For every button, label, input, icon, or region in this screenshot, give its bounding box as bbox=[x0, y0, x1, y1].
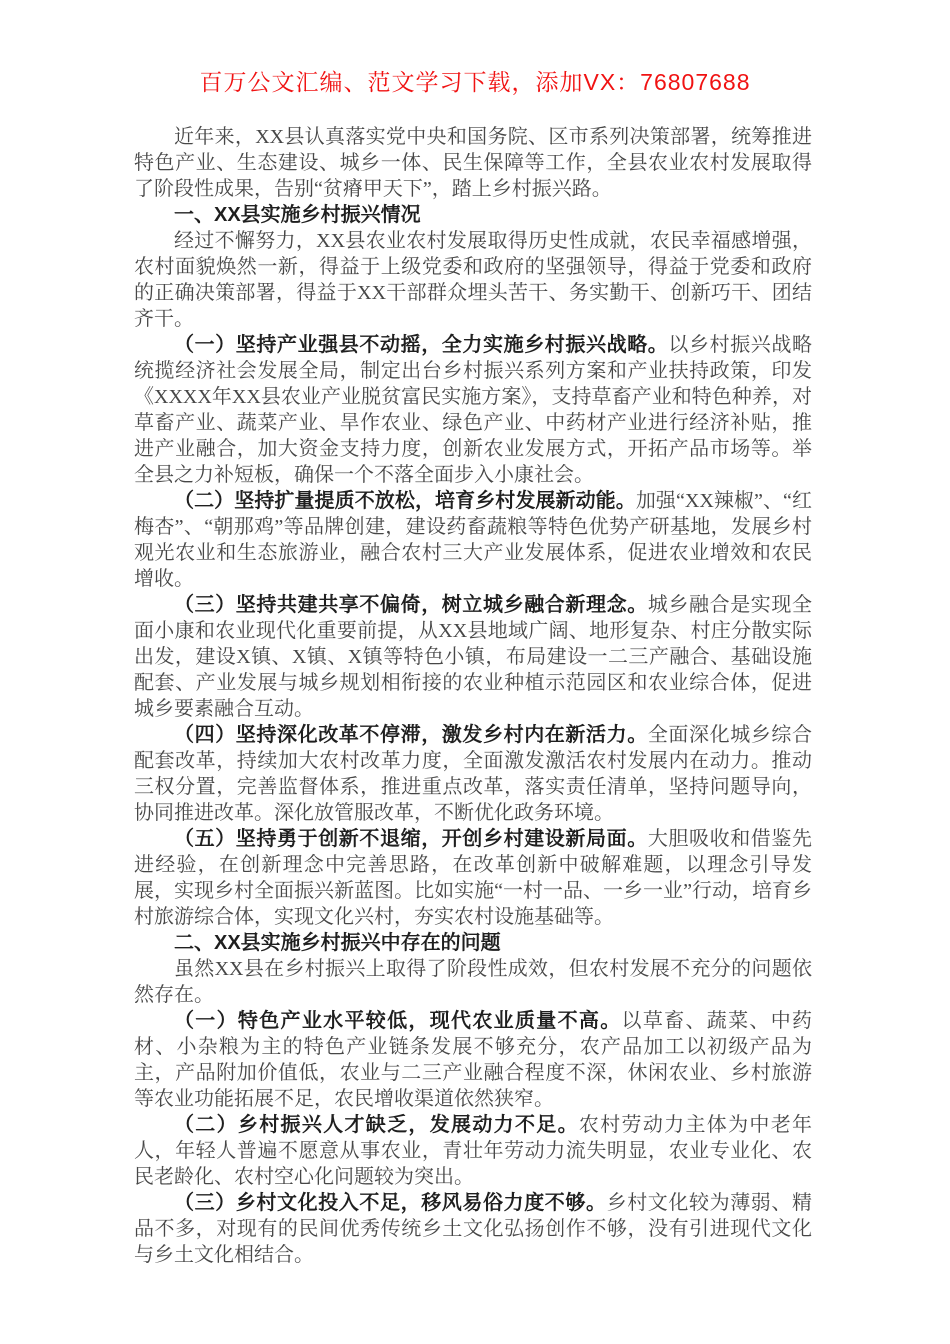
paragraph-bold-lead: （二）坚持扩量提质不放松，培育乡村发展新动能。 bbox=[174, 490, 636, 512]
paragraph-bold-lead: （三）坚持共建共享不偏倚，树立城乡融合新理念。 bbox=[174, 594, 648, 616]
paragraph-bold-lead: （二）乡村振兴人才缺乏，发展动力不足。 bbox=[174, 1114, 579, 1136]
paragraph: 经过不懈努力，XX县农业农村发展取得历史性成就，农民幸福感增强，农村面貌焕然一新… bbox=[134, 228, 812, 332]
paragraph-with-lead: （四）坚持深化改革不停滞，激发乡村内在新活力。全面深化城乡综合配套改革，持续加大… bbox=[134, 722, 812, 826]
promo-header-text: 百万公文汇编、范文学习下载，添加VX：76807688 bbox=[0, 66, 950, 98]
paragraph-bold-lead: （四）坚持深化改革不停滞，激发乡村内在新活力。 bbox=[174, 724, 648, 746]
paragraph-bold-lead: （五）坚持勇于创新不退缩，开创乡村建设新局面。 bbox=[174, 828, 648, 850]
paragraph-with-lead: （二）乡村振兴人才缺乏，发展动力不足。农村劳动力主体为中老年人，年轻人普遍不愿意… bbox=[134, 1112, 812, 1190]
paragraph-with-lead: （三）坚持共建共享不偏倚，树立城乡融合新理念。城乡融合是实现全面小康和农业现代化… bbox=[134, 592, 812, 722]
section-heading-1: 一、XX县实施乡村振兴情况 bbox=[134, 202, 812, 228]
paragraph-text: 以乡村振兴战略统揽经济社会发展全局，制定出台乡村振兴系列方案和产业扶持政策，印发… bbox=[134, 334, 812, 486]
paragraph-with-lead: （二）坚持扩量提质不放松，培育乡村发展新动能。加强“XX辣椒”、“红梅杏”、“朝… bbox=[134, 488, 812, 592]
intro-paragraph: 近年来，XX县认真落实党中央和国务院、区市系列决策部署，统筹推进特色产业、生态建… bbox=[134, 124, 812, 202]
document-body: 近年来，XX县认真落实党中央和国务院、区市系列决策部署，统筹推进特色产业、生态建… bbox=[134, 124, 812, 1268]
paragraph-with-lead: （一）坚持产业强县不动摇，全力实施乡村振兴战略。以乡村振兴战略统揽经济社会发展全… bbox=[134, 332, 812, 488]
paragraph-with-lead: （三）乡村文化投入不足，移风易俗力度不够。乡村文化较为薄弱、精品不多，对现有的民… bbox=[134, 1190, 812, 1268]
paragraph-with-lead: （五）坚持勇于创新不退缩，开创乡村建设新局面。大胆吸收和借鉴先进经验，在创新理念… bbox=[134, 826, 812, 930]
document-page: 百万公文汇编、范文学习下载，添加VX：76807688 近年来，XX县认真落实党… bbox=[0, 0, 950, 1344]
paragraph-bold-lead: （一）特色产业水平较低，现代农业质量不高。 bbox=[174, 1010, 622, 1032]
paragraph-with-lead: （一）特色产业水平较低，现代农业质量不高。以草畜、蔬菜、中药材、小杂粮为主的特色… bbox=[134, 1008, 812, 1112]
paragraph: 虽然XX县在乡村振兴上取得了阶段性成效，但农村发展不充分的问题依然存在。 bbox=[134, 956, 812, 1008]
paragraph-bold-lead: （三）乡村文化投入不足，移风易俗力度不够。 bbox=[174, 1192, 607, 1214]
section-heading-2: 二、XX县实施乡村振兴中存在的问题 bbox=[134, 930, 812, 956]
paragraph-bold-lead: （一）坚持产业强县不动摇，全力实施乡村振兴战略。 bbox=[174, 334, 668, 356]
